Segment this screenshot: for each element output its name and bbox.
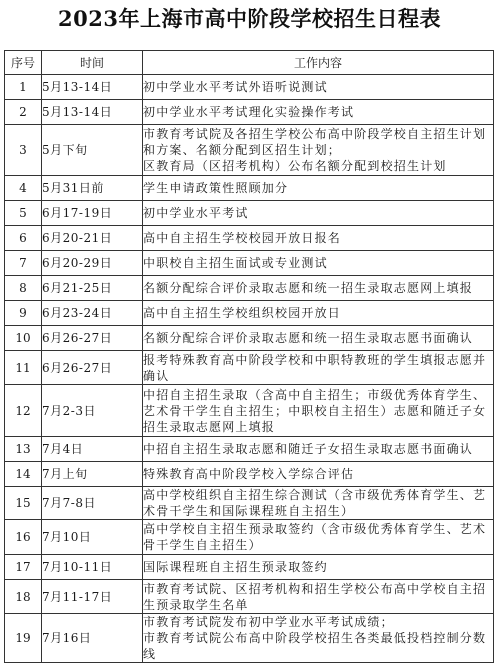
row-content: 特殊教育高中阶段学校入学综合评估 [143,462,494,487]
row-index: 16 [5,520,42,555]
document-title: 2023年上海市高中阶段学校招生日程表 [0,4,499,34]
row-content: 市教育考试院及各招生学校公布高中阶段学校自主招生计划和方案、名额分配到区招生计划… [143,125,494,176]
header-index: 序号 [5,51,42,75]
row-time: 7月2-3日 [42,385,143,437]
row-index: 2 [5,100,42,125]
row-index: 8 [5,276,42,301]
row-content: 市教育考试院发布初中学业水平考试成绩；市教育考试院公布高中阶段学校招生各类最低投… [143,614,494,663]
row-time: 7月4日 [42,437,143,462]
row-content: 学生申请政策性照顾加分 [143,176,494,201]
content-line: 高中学校组织自主招生综合测试（含市级优秀体育学生、艺 [143,487,493,503]
row-content: 名额分配综合评价录取志愿和统一招生录取志愿网上填报 [143,276,494,301]
row-content: 初中学业水平考试 [143,201,494,226]
row-index: 19 [5,614,42,663]
table-body: 15月13-14日初中学业水平考试外语听说测试25月13-14日初中学业水平考试… [5,75,494,663]
row-time: 5月13-14日 [42,100,143,125]
table-row: 147月上旬特殊教育高中阶段学校入学综合评估 [5,462,494,487]
content-line: 中职校自主招生面试或专业测试 [143,255,493,271]
content-line: 艺术骨干学生自主招生；中职校自主招生）志愿和随迁子女 [143,403,493,419]
row-time: 7月10-11日 [42,555,143,580]
row-content: 报考特殊教育高中阶段学校和中职特教班的学生填报志愿并确认 [143,351,494,385]
content-line: 初中学业水平考试 [143,205,493,221]
row-index: 11 [5,351,42,385]
row-content: 高中自主招生学校校园开放日报名 [143,226,494,251]
content-line: 初中学业水平考试外语听说测试 [143,79,493,95]
table-row: 197月16日市教育考试院发布初中学业水平考试成绩；市教育考试院公布高中阶段学校… [5,614,494,663]
row-index: 18 [5,580,42,614]
row-time: 6月21-25日 [42,276,143,301]
content-line: 名额分配综合评价录取志愿和统一招生录取志愿书面确认 [143,330,493,346]
row-index: 13 [5,437,42,462]
row-index: 4 [5,176,42,201]
row-index: 1 [5,75,42,100]
row-content: 市教育考试院、区招考机构和招生学校公布高中学校自主招生预录取学生名单 [143,580,494,614]
header-content: 工作内容 [143,51,494,75]
content-line: 市教育考试院公布高中阶段学校招生各类最低投档控制分数 [143,630,493,646]
content-line: 中招自主招生录取（含高中自主招生；市级优秀体育学生、 [143,387,493,403]
table-row: 116月26-27日报考特殊教育高中阶段学校和中职特教班的学生填报志愿并确认 [5,351,494,385]
row-content: 初中学业水平考试理化实验操作考试 [143,100,494,125]
row-index: 3 [5,125,42,176]
table-row: 45月31日前学生申请政策性照顾加分 [5,176,494,201]
table-header-row: 序号 时间 工作内容 [5,51,494,75]
row-content: 高中自主招生学校组织校园开放日 [143,301,494,326]
content-line: 市教育考试院、区招考机构和招生学校公布高中学校自主招 [143,581,493,597]
row-content: 中职校自主招生面试或专业测试 [143,251,494,276]
row-time: 6月20-29日 [42,251,143,276]
table-row: 106月26-27日名额分配综合评价录取志愿和统一招生录取志愿书面确认 [5,326,494,351]
row-time: 6月26-27日 [42,351,143,385]
table-row: 76月20-29日中职校自主招生面试或专业测试 [5,251,494,276]
table-row: 157月7-8日高中学校组织自主招生综合测试（含市级优秀体育学生、艺术骨干学生和… [5,487,494,520]
table-row: 25月13-14日初中学业水平考试理化实验操作考试 [5,100,494,125]
row-time: 6月26-27日 [42,326,143,351]
table-row: 137月4日中招自主招生录取志愿和随迁子女招生录取志愿书面确认 [5,437,494,462]
content-line: 中招自主招生录取志愿和随迁子女招生录取志愿书面确认 [143,441,493,457]
row-time: 6月20-21日 [42,226,143,251]
content-line: 学生申请政策性照顾加分 [143,180,493,196]
content-line: 高中自主招生学校校园开放日报名 [143,230,493,246]
schedule-table: 序号 时间 工作内容 15月13-14日初中学业水平考试外语听说测试25月13-… [4,50,494,663]
content-line: 生预录取学生名单 [143,597,493,613]
row-index: 5 [5,201,42,226]
row-time: 5月13-14日 [42,75,143,100]
content-line: 市教育考试院及各招生学校公布高中阶段学校自主招生计划 [143,126,493,142]
table-row: 56月17-19日初中学业水平考试 [5,201,494,226]
content-line: 骨干学生自主招生） [143,537,493,553]
table-row: 177月10-11日国际课程班自主招生预录取签约 [5,555,494,580]
content-line: 名额分配综合评价录取志愿和统一招生录取志愿网上填报 [143,280,493,296]
row-time: 6月23-24日 [42,301,143,326]
row-time: 7月7-8日 [42,487,143,520]
row-content: 名额分配综合评价录取志愿和统一招生录取志愿书面确认 [143,326,494,351]
row-content: 初中学业水平考试外语听说测试 [143,75,494,100]
row-index: 12 [5,385,42,437]
content-line: 招生录取志愿网上填报 [143,419,493,435]
row-time: 7月10日 [42,520,143,555]
table-row: 66月20-21日高中自主招生学校校园开放日报名 [5,226,494,251]
content-line: 区教育局（区招考机构）公布名额分配到校招生计划 [143,158,493,174]
row-content: 高中学校组织自主招生综合测试（含市级优秀体育学生、艺术骨干学生和国际课程班自主招… [143,487,494,520]
content-line: 确认 [143,368,493,384]
row-index: 15 [5,487,42,520]
content-line: 国际课程班自主招生预录取签约 [143,559,493,575]
content-line: 术骨干学生和国际课程班自主招生） [143,503,493,519]
content-line: 高中自主招生学校组织校园开放日 [143,305,493,321]
table-row: 15月13-14日初中学业水平考试外语听说测试 [5,75,494,100]
row-index: 7 [5,251,42,276]
content-line: 高中学校自主招生预录取签约（含市级优秀体育学生、艺术 [143,521,493,537]
content-line: 市教育考试院发布初中学业水平考试成绩； [143,614,493,630]
row-index: 6 [5,226,42,251]
table-row: 96月23-24日高中自主招生学校组织校园开放日 [5,301,494,326]
row-index: 17 [5,555,42,580]
table-row: 127月2-3日中招自主招生录取（含高中自主招生；市级优秀体育学生、艺术骨干学生… [5,385,494,437]
row-time: 7月上旬 [42,462,143,487]
content-line: 和方案、名额分配到区招生计划； [143,142,493,158]
row-time: 7月11-17日 [42,580,143,614]
content-line: 线 [143,646,493,662]
row-index: 9 [5,301,42,326]
table-row: 86月21-25日名额分配综合评价录取志愿和统一招生录取志愿网上填报 [5,276,494,301]
row-time: 5月31日前 [42,176,143,201]
row-content: 国际课程班自主招生预录取签约 [143,555,494,580]
row-content: 中招自主招生录取（含高中自主招生；市级优秀体育学生、艺术骨干学生自主招生；中职校… [143,385,494,437]
table-row: 187月11-17日市教育考试院、区招考机构和招生学校公布高中学校自主招生预录取… [5,580,494,614]
row-time: 7月16日 [42,614,143,663]
row-index: 10 [5,326,42,351]
row-content: 高中学校自主招生预录取签约（含市级优秀体育学生、艺术骨干学生自主招生） [143,520,494,555]
table-row: 35月下旬市教育考试院及各招生学校公布高中阶段学校自主招生计划和方案、名额分配到… [5,125,494,176]
row-time: 5月下旬 [42,125,143,176]
row-time: 6月17-19日 [42,201,143,226]
row-index: 14 [5,462,42,487]
row-content: 中招自主招生录取志愿和随迁子女招生录取志愿书面确认 [143,437,494,462]
content-line: 初中学业水平考试理化实验操作考试 [143,104,493,120]
content-line: 报考特殊教育高中阶段学校和中职特教班的学生填报志愿并 [143,352,493,368]
table-row: 167月10日高中学校自主招生预录取签约（含市级优秀体育学生、艺术骨干学生自主招… [5,520,494,555]
content-line: 特殊教育高中阶段学校入学综合评估 [143,466,493,482]
header-time: 时间 [42,51,143,75]
